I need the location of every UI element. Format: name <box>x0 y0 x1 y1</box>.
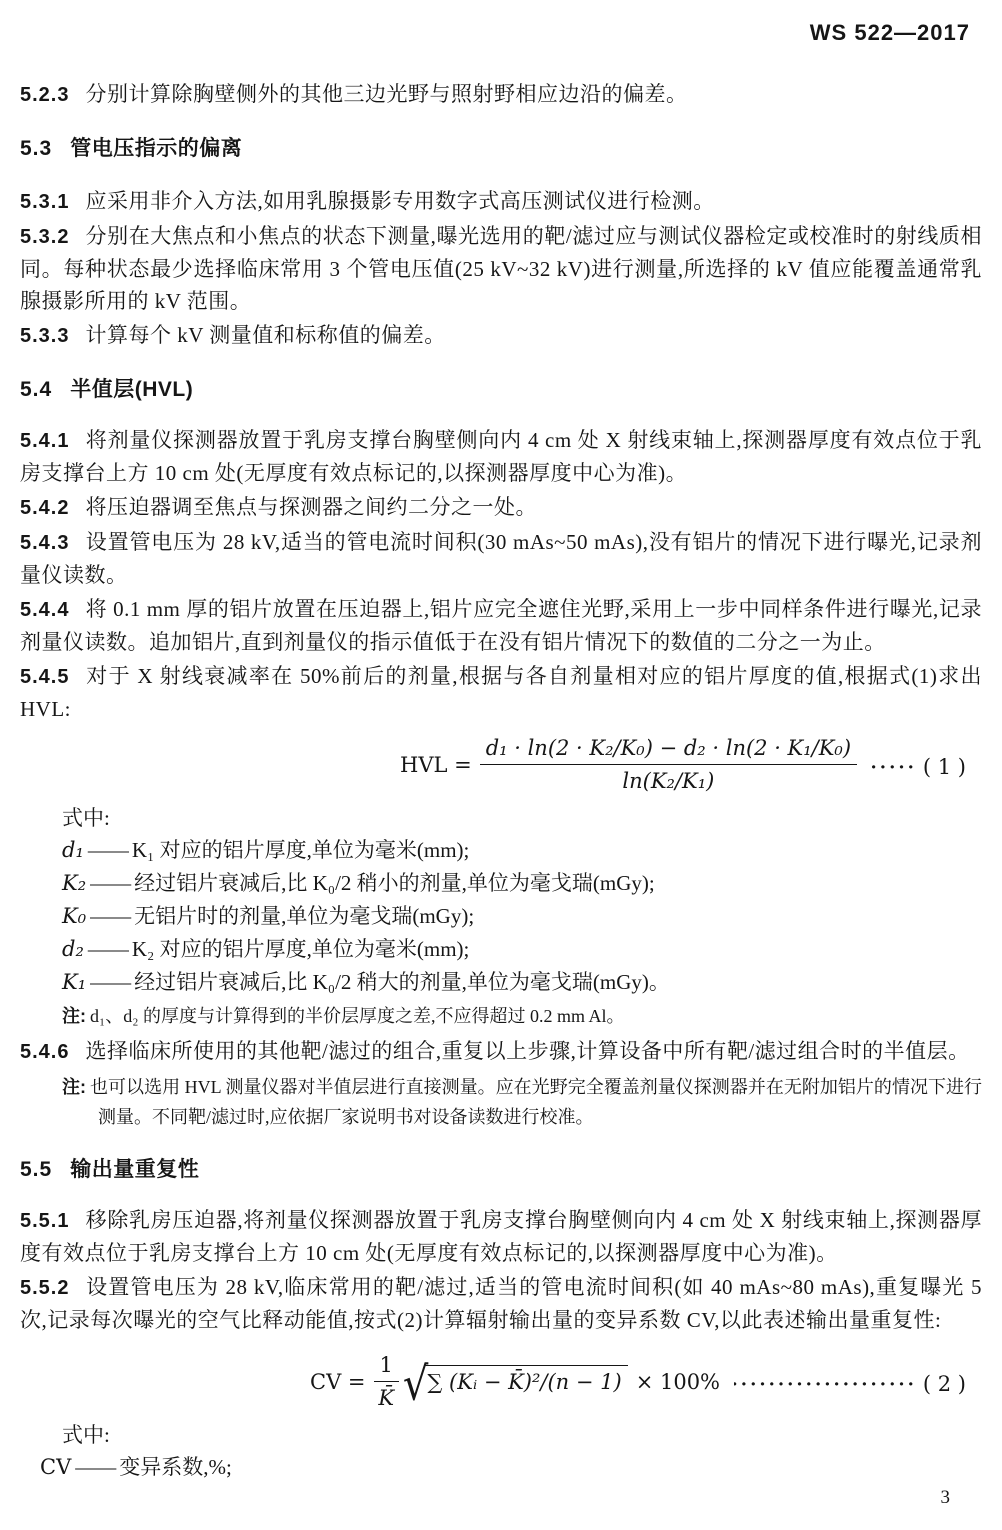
clause-number: 5.3.1 <box>20 191 69 213</box>
note-hvl-direct-measure: 注:也可以选用 HVL 测量仪器对半值层进行直接测量。应在光野完全覆盖剂量仪探测… <box>62 1072 982 1132</box>
definition-term: d₁ <box>62 838 84 862</box>
clause-number: 5.3.3 <box>20 325 69 347</box>
section-number: 5.3 <box>20 137 52 160</box>
clause-5-4-4: 5.4.4将 0.1 mm 厚的铝片放置在压迫器上,铝片应完全遮住光野,采用上一… <box>20 593 982 658</box>
section-heading-5-3: 5.3管电压指示的偏离 <box>20 133 982 165</box>
note-label: 注: <box>62 1077 86 1097</box>
definition-row: CV——变异系数,%; <box>40 1451 982 1484</box>
clause-5-4-1: 5.4.1将剂量仪探测器放置于乳房支撑台胸壁侧向内 4 cm 处 X 射线束轴上… <box>20 424 982 489</box>
definition-desc: 无铝片时的剂量,单位为毫戈瑞(mGy); <box>134 904 474 928</box>
clause-5-5-1: 5.5.1移除乳房压迫器,将剂量仪探测器放置于乳房支撑台胸壁侧向内 4 cm 处… <box>20 1204 982 1269</box>
section-title: 输出量重复性 <box>70 1158 199 1181</box>
clause-5-3-3: 5.3.3计算每个 kV 测量值和标称值的偏差。 <box>20 319 982 352</box>
definition-term: d₂ <box>62 937 84 961</box>
where-label: 式中: <box>62 802 982 834</box>
clause-5-3-2: 5.3.2分别在大焦点和小焦点的状态下测量,曝光选用的靶/滤过应与测试仪器检定或… <box>20 220 982 317</box>
clause-text: 计算每个 kV 测量值和标称值的偏差。 <box>85 323 445 347</box>
note-label: 注: <box>62 1006 86 1026</box>
formula-cv: CV = 1 K̄ √ ∑ (Kᵢ − K̄)²/(n − 1) × 100% … <box>20 1352 982 1411</box>
clause-text: 将剂量仪探测器放置于乳房支撑台胸壁侧向内 4 cm 处 X 射线束轴上,探测器厚… <box>20 428 982 485</box>
clause-text: 设置管电压为 28 kV,适当的管电流时间积(30 mAs~50 mAs),没有… <box>20 530 982 587</box>
section-title: 管电压指示的偏离 <box>70 137 242 160</box>
clause-number: 5.4.1 <box>20 430 69 452</box>
page-number: 3 <box>941 1482 951 1514</box>
clause-text: 分别在大焦点和小焦点的状态下测量,曝光选用的靶/滤过应与测试仪器检定或校准时的射… <box>20 224 982 313</box>
formula-lhs: HVL = <box>400 752 472 778</box>
definition-row: K₂——经过铝片衰减后,比 K₀/2 稍小的剂量,单位为毫戈瑞(mGy); <box>62 867 982 900</box>
page-header: WS 522—2017 <box>20 18 982 48</box>
clause-text: 将 0.1 mm 厚的铝片放置在压迫器上,铝片应完全遮住光野,采用上一步中同样条… <box>20 597 982 654</box>
definition-dash: —— <box>90 970 130 994</box>
definition-desc: 经过铝片衰减后,比 K₀/2 稍大的剂量,单位为毫戈瑞(mGy)。 <box>134 970 670 994</box>
clause-number: 5.5.2 <box>20 1277 69 1299</box>
clause-number: 5.2.3 <box>20 84 69 106</box>
formula-number: ( 2 ) <box>923 1371 966 1397</box>
definition-term: CV <box>40 1455 71 1479</box>
definition-row: K₁——经过铝片衰减后,比 K₀/2 稍大的剂量,单位为毫戈瑞(mGy)。 <box>62 966 982 999</box>
clause-number: 5.4.5 <box>20 666 69 688</box>
section-title: 半值层(HVL) <box>70 378 193 401</box>
formula-lhs: CV = <box>310 1369 366 1395</box>
dot-leader: ·································· <box>734 1372 917 1398</box>
clause-number: 5.5.1 <box>20 1210 69 1232</box>
where-label: 式中: <box>62 1419 982 1451</box>
clause-text: 选择临床所使用的其他靶/滤过的组合,重复以上步骤,计算设备中所有靶/滤过组合时的… <box>85 1039 969 1063</box>
definition-dash: —— <box>88 838 128 862</box>
fraction-denominator: ln(K₂/K₁) <box>480 765 857 794</box>
section-number: 5.4 <box>20 378 52 401</box>
clause-5-5-2: 5.5.2设置管电压为 28 kV,临床常用的靶/滤过,适当的管电流时间积(如 … <box>20 1271 982 1336</box>
section-heading-5-4: 5.4半值层(HVL) <box>20 374 982 406</box>
clause-5-4-5: 5.4.5对于 X 射线衰减率在 50%前后的剂量,根据与各自剂量相对应的铝片厚… <box>20 660 982 725</box>
definition-dash: —— <box>90 904 130 928</box>
definition-desc: 经过铝片衰减后,比 K₀/2 稍小的剂量,单位为毫戈瑞(mGy); <box>134 871 655 895</box>
clause-number: 5.3.2 <box>20 226 69 248</box>
clause-text: 设置管电压为 28 kV,临床常用的靶/滤过,适当的管电流时间积(如 40 mA… <box>20 1275 982 1332</box>
square-root: √ ∑ (Kᵢ − K̄)²/(n − 1) <box>403 1365 628 1399</box>
clause-text: 移除乳房压迫器,将剂量仪探测器放置于乳房支撑台胸壁侧向内 4 cm 处 X 射线… <box>20 1208 982 1265</box>
section-number: 5.5 <box>20 1158 52 1181</box>
clause-number: 5.4.4 <box>20 599 69 621</box>
radicand: ∑ (Kᵢ − K̄)²/(n − 1) <box>425 1365 627 1395</box>
clause-text: 将压迫器调至焦点与探测器之间约二分之一处。 <box>85 495 537 519</box>
definition-term: K₀ <box>62 904 86 928</box>
formula-number: ( 1 ) <box>923 754 966 780</box>
fraction-numerator: d₁ · ln(2 · K₂/K₀) − d₂ · ln(2 · K₁/K₀) <box>480 735 857 765</box>
fraction-numerator: 1 <box>374 1352 399 1382</box>
radical-sign: √ <box>403 1365 429 1404</box>
clause-5-4-3: 5.4.3设置管电压为 28 kV,适当的管电流时间积(30 mAs~50 mA… <box>20 526 982 591</box>
clause-5-4-6: 5.4.6选择临床所使用的其他靶/滤过的组合,重复以上步骤,计算设备中所有靶/滤… <box>20 1035 982 1068</box>
formula-tail: × 100% <box>636 1369 720 1395</box>
fraction: 1 K̄ <box>374 1352 399 1411</box>
note-text: 也可以选用 HVL 测量仪器对半值层进行直接测量。应在光野完全覆盖剂量仪探测器并… <box>90 1077 982 1127</box>
doc-number: WS 522—2017 <box>810 20 970 45</box>
clause-number: 5.4.6 <box>20 1041 69 1063</box>
definition-desc: K₂ 对应的铝片厚度,单位为毫米(mm); <box>132 937 469 961</box>
clause-5-4-2: 5.4.2将压迫器调至焦点与探测器之间约二分之一处。 <box>20 491 982 524</box>
definition-term: K₁ <box>62 970 86 994</box>
definition-row: d₂——K₂ 对应的铝片厚度,单位为毫米(mm); <box>62 933 982 966</box>
definition-row: K₀——无铝片时的剂量,单位为毫戈瑞(mGy); <box>62 900 982 933</box>
fraction: d₁ · ln(2 · K₂/K₀) − d₂ · ln(2 · K₁/K₀) … <box>480 735 857 794</box>
definition-desc: 变异系数,%; <box>119 1455 232 1479</box>
clause-text: 分别计算除胸壁侧外的其他三边光野与照射野相应边沿的偏差。 <box>85 82 687 106</box>
definition-dash: —— <box>88 937 128 961</box>
section-heading-5-5: 5.5输出量重复性 <box>20 1154 982 1186</box>
definition-term: K₂ <box>62 871 86 895</box>
clause-number: 5.4.3 <box>20 532 69 554</box>
clause-text: 应采用非介入方法,如用乳腺摄影专用数字式高压测试仪进行检测。 <box>85 189 714 213</box>
clause-5-2-3: 5.2.3分别计算除胸壁侧外的其他三边光野与照射野相应边沿的偏差。 <box>20 78 982 111</box>
definition-row: d₁——K₁ 对应的铝片厚度,单位为毫米(mm); <box>62 834 982 867</box>
fraction-denominator: K̄ <box>374 1382 399 1411</box>
definition-desc: K₁ 对应的铝片厚度,单位为毫米(mm); <box>132 838 469 862</box>
document-page: WS 522—2017 5.2.3分别计算除胸壁侧外的其他三边光野与照射野相应边… <box>0 0 1002 1530</box>
clause-text: 对于 X 射线衰减率在 50%前后的剂量,根据与各自剂量相对应的铝片厚度的值,根… <box>20 664 982 721</box>
clause-number: 5.4.2 <box>20 497 69 519</box>
formula-hvl: HVL = d₁ · ln(2 · K₂/K₀) − d₂ · ln(2 · K… <box>20 735 982 794</box>
note-text: d₁、d₂ 的厚度与计算得到的半价层厚度之差,不应得超过 0.2 mm Al。 <box>90 1006 625 1026</box>
definition-dash: —— <box>75 1455 115 1479</box>
clause-5-3-1: 5.3.1应采用非介入方法,如用乳腺摄影专用数字式高压测试仪进行检测。 <box>20 185 982 218</box>
note-hvl-thickness: 注:d₁、d₂ 的厚度与计算得到的半价层厚度之差,不应得超过 0.2 mm Al… <box>62 1001 982 1031</box>
definition-dash: —— <box>90 871 130 895</box>
dot-leader: ·································· <box>871 755 917 781</box>
